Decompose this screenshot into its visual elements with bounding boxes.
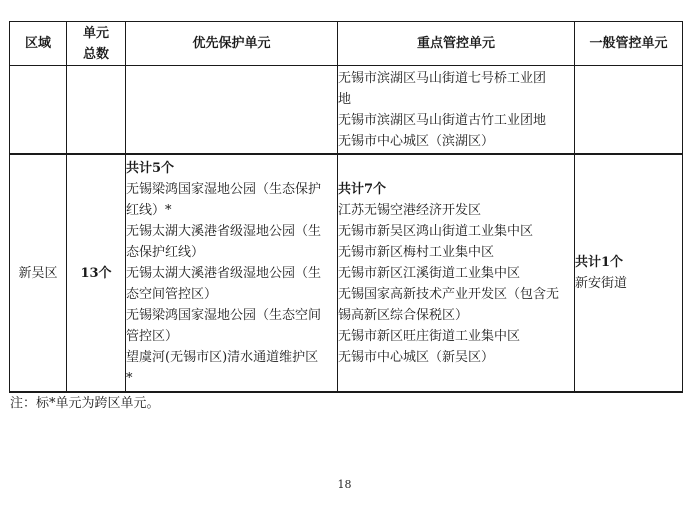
footnote: 注：标*单元为跨区单元。 [10,394,160,414]
control-units-table: 区域 单元 总数 优先保护单元 重点管控单元 一般管控单元 无锡市滨湖区马山街道… [9,21,683,393]
unit-item: 无锡市新区旺庄街道工业集中区 [338,326,574,347]
unit-item: 新安街道 [575,273,682,294]
table-header-row: 区域 单元 总数 优先保护单元 重点管控单元 一般管控单元 [10,22,683,66]
header-region: 区域 [10,22,67,66]
cell-priority-units [126,66,338,155]
document-page: 区域 单元 总数 优先保护单元 重点管控单元 一般管控单元 无锡市滨湖区马山街道… [0,0,689,510]
header-unit-total: 单元 总数 [67,22,126,66]
unit-count-summary: 共计1个 [575,252,682,273]
cell-key-units: 共计7个 江苏无锡空港经济开发区 无锡市新吴区鸿山街道工业集中区 无锡市新区梅村… [338,154,575,392]
unit-item: 无锡国家高新技术产业开发区（包含无 锡高新区综合保税区） [338,284,574,326]
cell-region: 新吴区 [10,154,67,392]
cell-region [10,66,67,155]
unit-item: 无锡市中心城区（新吴区） [338,347,574,368]
page-number: 18 [0,478,689,491]
header-general-control-units: 一般管控单元 [575,22,683,66]
cell-general-units [575,66,683,155]
unit-item: 无锡梁鸿国家湿地公园（生态空间 管控区） [126,305,337,347]
unit-count-summary: 共计5个 [126,158,337,179]
unit-item: 望虞河(无锡市区)清水通道维护区 * [126,347,337,389]
unit-item: 无锡梁鸿国家湿地公园（生态保护 红线）* [126,179,337,221]
unit-item: 江苏无锡空港经济开发区 [338,200,574,221]
cell-priority-units: 共计5个 无锡梁鸿国家湿地公园（生态保护 红线）* 无锡太湖大溪港省级湿地公园（… [126,154,338,392]
table-row-xinwu: 新吴区 13个 共计5个 无锡梁鸿国家湿地公园（生态保护 红线）* 无锡太湖大溪… [10,154,683,392]
unit-item: 无锡市新吴区鸿山街道工业集中区 [338,221,574,242]
table-row-continued: 无锡市滨湖区马山街道七号桥工业团 地 无锡市滨湖区马山街道古竹工业团地 无锡市中… [10,66,683,155]
unit-item: 无锡市新区梅村工业集中区 [338,242,574,263]
unit-item: 无锡太湖大溪港省级湿地公园（生 态保护红线） [126,221,337,263]
unit-item: 无锡市中心城区（滨湖区） [338,131,574,152]
cell-general-units: 共计1个 新安街道 [575,154,683,392]
header-key-control-units: 重点管控单元 [338,22,575,66]
unit-item: 无锡市新区江溪街道工业集中区 [338,263,574,284]
cell-unit-total: 13个 [67,154,126,392]
cell-key-units: 无锡市滨湖区马山街道七号桥工业团 地 无锡市滨湖区马山街道古竹工业团地 无锡市中… [338,66,575,155]
unit-item: 无锡市滨湖区马山街道七号桥工业团 地 [338,68,574,110]
header-priority-protection-units: 优先保护单元 [126,22,338,66]
unit-item: 无锡市滨湖区马山街道古竹工业团地 [338,110,574,131]
cell-unit-total [67,66,126,155]
unit-item: 无锡太湖大溪港省级湿地公园（生 态空间管控区） [126,263,337,305]
unit-count-summary: 共计7个 [338,179,574,200]
